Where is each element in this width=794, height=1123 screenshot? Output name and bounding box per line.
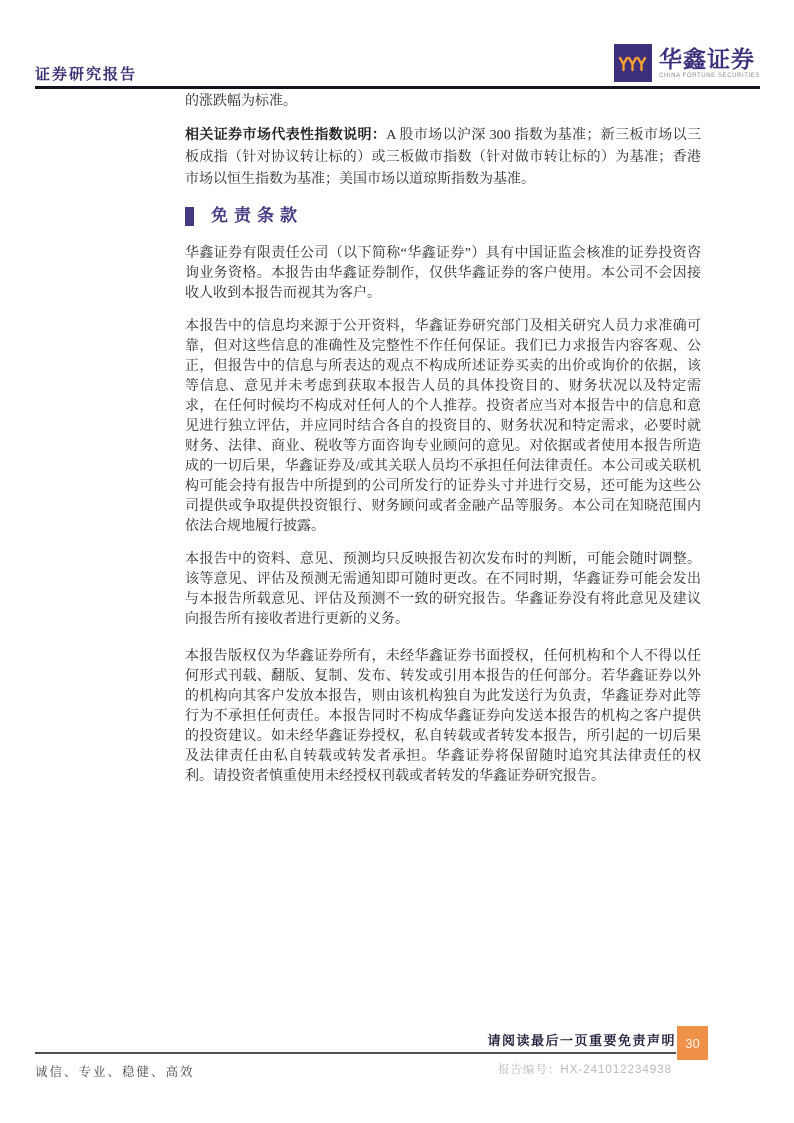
footer-divider xyxy=(35,1052,676,1054)
disclaimer-paragraph: 本报告中的信息均来源于公开资料，华鑫证券研究部门及相关研究人员力求准确可靠，但对… xyxy=(185,317,701,537)
page-header: 证券研究报告 华鑫证券 CHINA FORTUNE SECURITIES xyxy=(35,48,760,88)
brand-logo: 华鑫证券 CHINA FORTUNE SECURITIES xyxy=(614,44,760,82)
huaxin-logo-icon xyxy=(614,44,652,82)
footer-disclaimer-notice: 请阅读最后一页重要免责声明 xyxy=(487,1030,676,1049)
brand-text: 华鑫证券 CHINA FORTUNE SECURITIES xyxy=(659,47,760,78)
brand-name-en: CHINA FORTUNE SECURITIES xyxy=(659,73,760,79)
brand-name-cn: 华鑫证券 xyxy=(659,47,760,72)
disclaimer-paragraph: 本报告版权仅为华鑫证券所有，未经华鑫证券书面授权，任何机构和个人不得以任何形式刊… xyxy=(185,647,701,787)
intro-continuation-line: 的涨跌幅为标准。 xyxy=(185,92,701,112)
section-title: 免责条款 xyxy=(211,206,303,226)
header-divider xyxy=(35,86,760,89)
disclaimer-paragraph: 华鑫证券有限责任公司（以下简称“华鑫证券”）具有中国证监会核准的证券投资咨询业务… xyxy=(185,244,701,304)
section-marker-bar xyxy=(185,207,194,226)
disclaimer-paragraph: 本报告中的资料、意见、预测均只反映报告初次发布时的判断，可能会随时调整。该等意见… xyxy=(185,550,701,630)
report-page: 证券研究报告 华鑫证券 CHINA FORTUNE SECURITIES 的涨跌… xyxy=(0,0,794,1123)
footer-slogan: 诚信、专业、稳健、高效 xyxy=(35,1062,195,1080)
triple-trident-icon xyxy=(618,50,648,76)
document-body: 的涨跌幅为标准。 相关证券市场代表性指数说明：A 股市场以沪深 300 指数为基… xyxy=(185,92,701,800)
index-note-lead: 相关证券市场代表性指数说明： xyxy=(185,128,386,143)
disclaimer-section-heading: 免责条款 xyxy=(185,206,701,226)
report-id: 报告编号：HX-241012234938 xyxy=(498,1061,672,1077)
index-benchmark-note: 相关证券市场代表性指数说明：A 股市场以沪深 300 指数为基准；新三板市场以三… xyxy=(185,125,701,191)
page-number-badge: 30 xyxy=(677,1026,708,1060)
report-type-label: 证券研究报告 xyxy=(35,63,137,84)
